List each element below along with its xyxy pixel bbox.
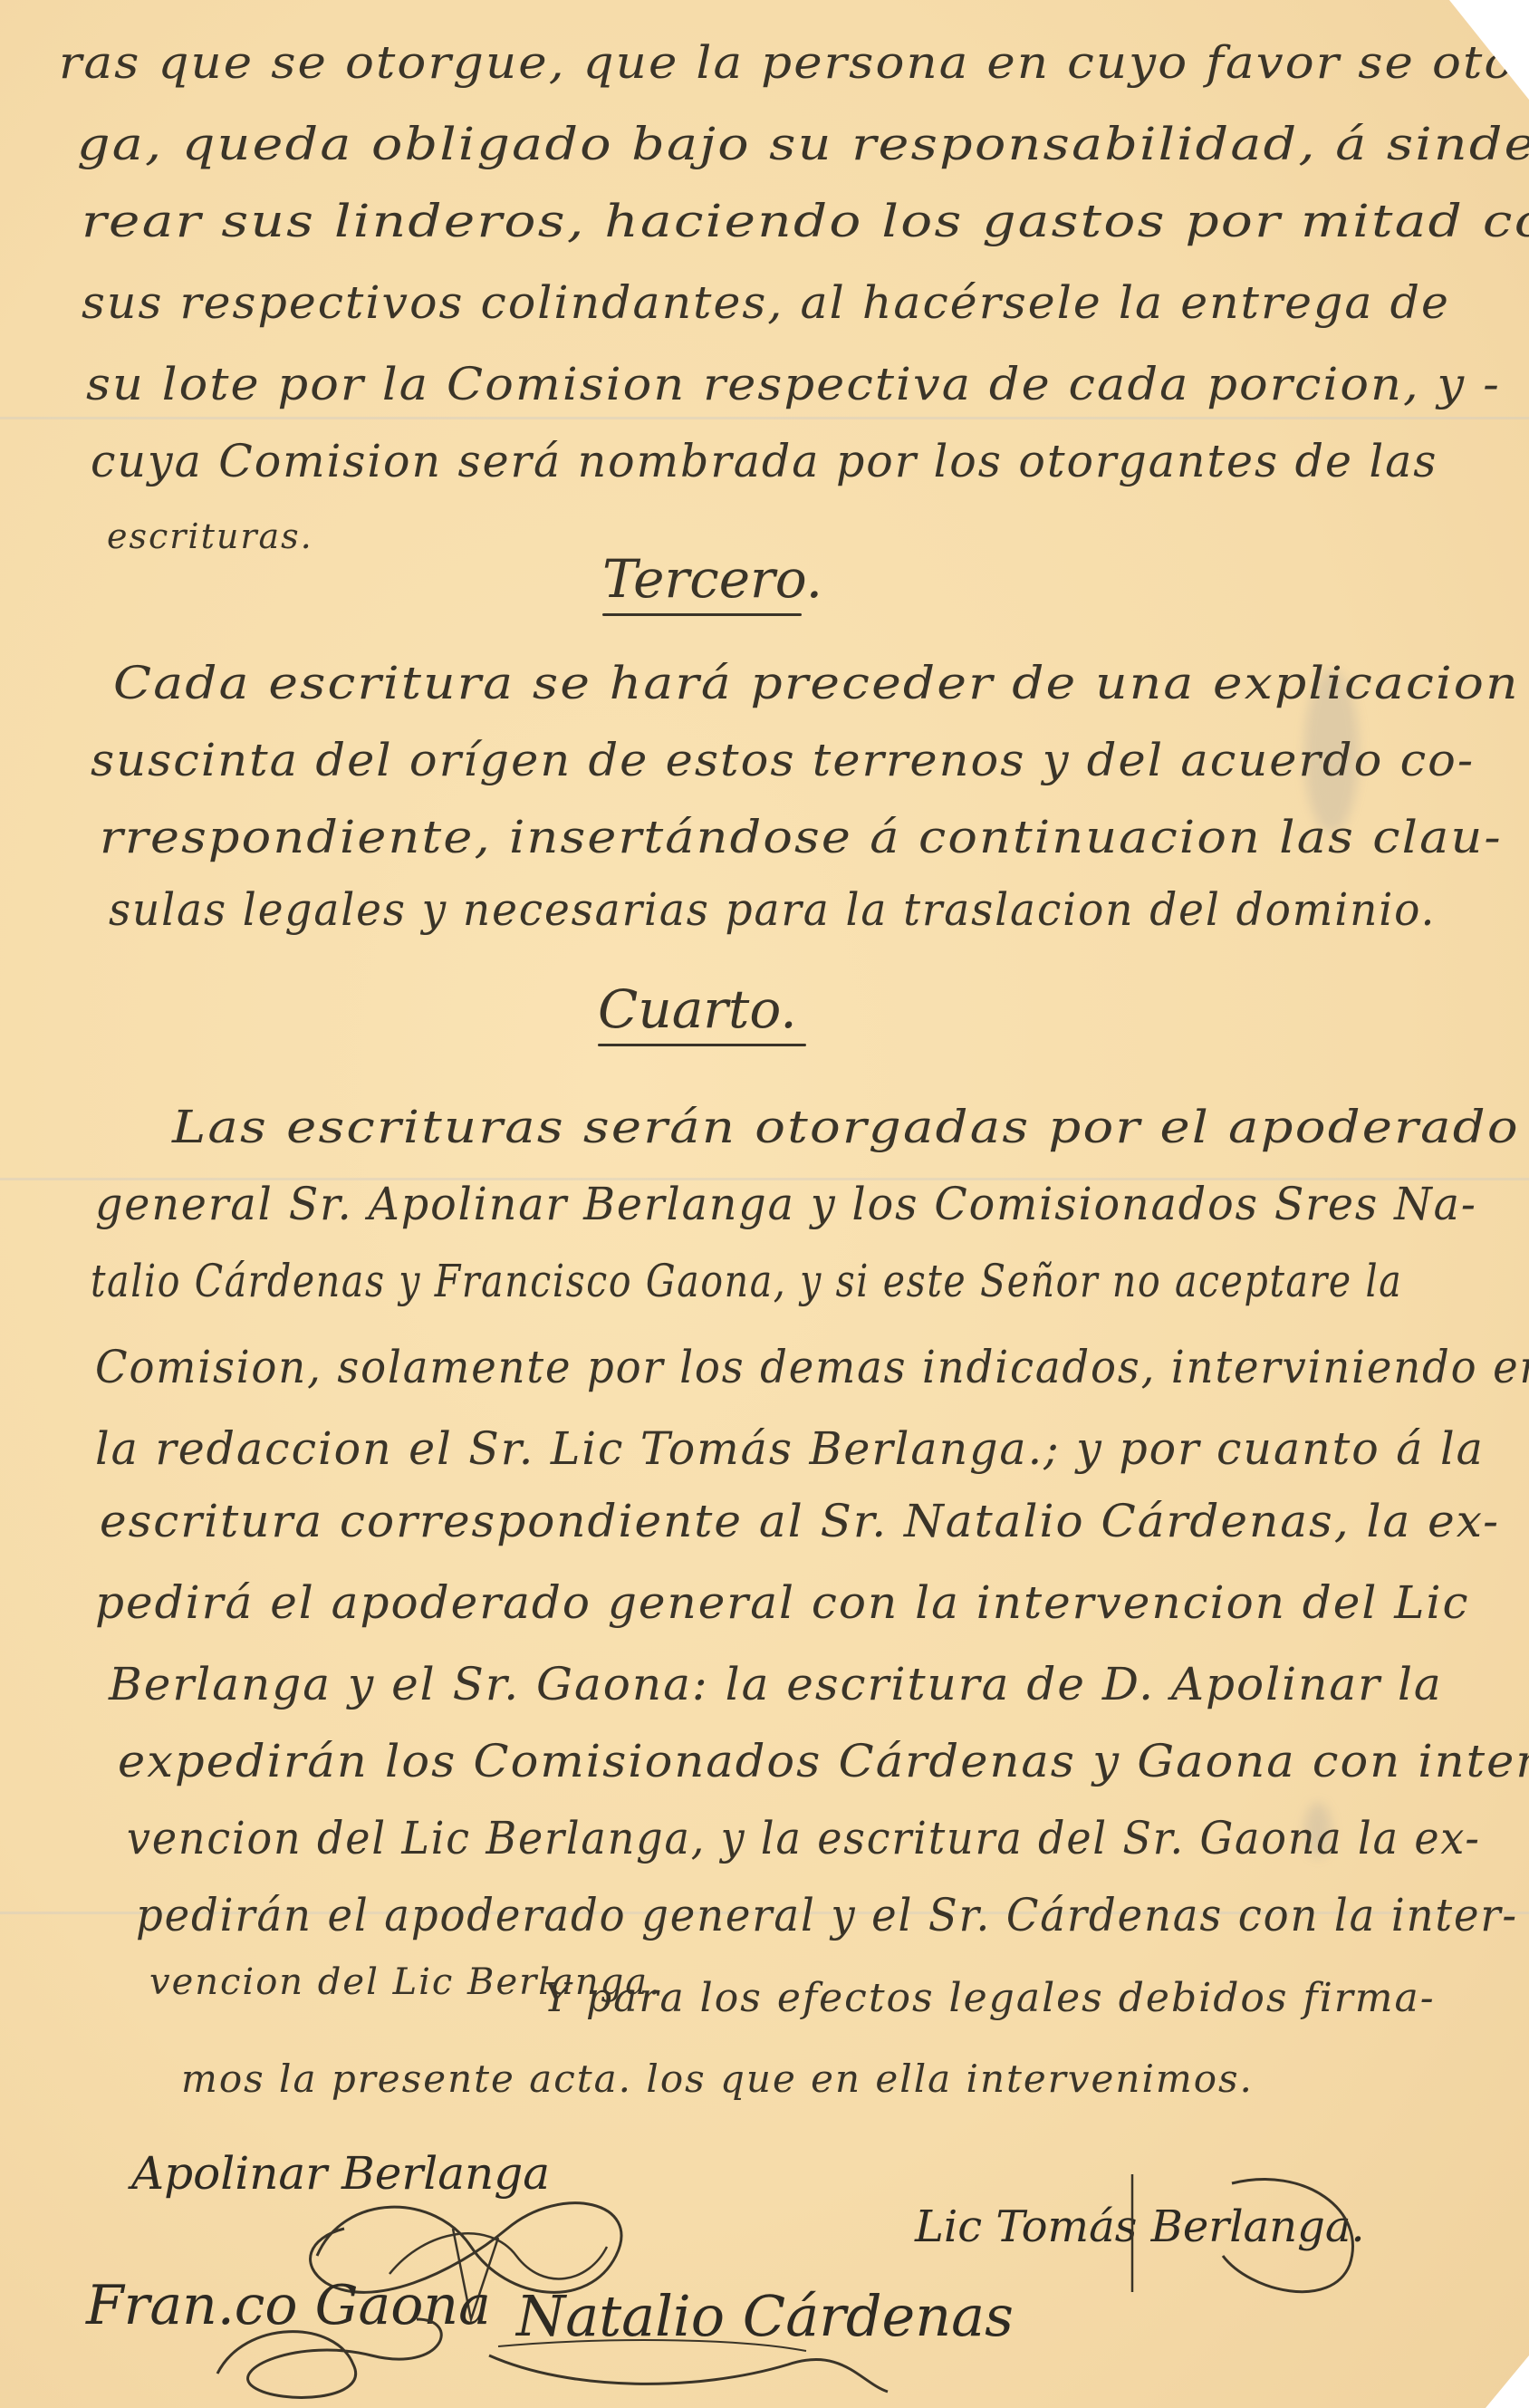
document-page: ras que se otorgue, que la persona en cu… (0, 0, 1529, 2408)
text-line: rrespondiente, insertándose á continuaci… (100, 811, 1503, 863)
text-line: expedirán los Comisionados Cárdenas y Ga… (118, 1735, 1529, 1787)
text-line: talio Cárdenas y Francisco Gaona, y si e… (91, 1255, 1402, 1307)
text-line: cuya Comision será nombrada por los otor… (91, 435, 1438, 487)
text-line: rear sus linderos, haciendo los gastos p… (82, 195, 1529, 247)
text-line: escrituras. (107, 516, 313, 556)
heading-text: Cuarto. (598, 978, 797, 1040)
text-line: Comision, solamente por los demas indica… (95, 1341, 1529, 1393)
paper-fold-line (0, 417, 1529, 419)
text-line: vencion del Lic Berlanga, y la escritura… (127, 1812, 1481, 1864)
text-line: sulas legales y necesarias para la trasl… (109, 883, 1436, 936)
text-line: sus respectivos colindantes, al hacérsel… (82, 276, 1450, 329)
text-line: suscinta del orígen de estos terrenos y … (91, 734, 1475, 786)
heading-text: Tercero. (602, 548, 822, 610)
text-line: pedirá el apoderado general con la inter… (95, 1576, 1469, 1629)
text-line: la redaccion el Sr. Lic Tomás Berlanga.;… (95, 1422, 1485, 1475)
closing-line: Y para los efectos legales debidos firma… (543, 1975, 1436, 2021)
text-line: ga, queda obligado bajo su responsabilid… (77, 118, 1529, 170)
heading-underline (598, 1044, 806, 1046)
closing-line: mos la presente acta. los que en ella in… (181, 2056, 1254, 2101)
text-line: escritura correspondiente al Sr. Natalio… (100, 1495, 1500, 1547)
signature-flourish-lower (190, 2301, 915, 2408)
text-line: general Sr. Apolinar Berlanga y los Comi… (95, 1178, 1477, 1230)
text-line: su lote por la Comision respectiva de ca… (86, 358, 1501, 410)
section-heading-cuarto: Cuarto. (598, 978, 806, 1046)
text-line: Cada escritura se hará preceder de una e… (113, 657, 1520, 709)
text-line: pedirán el apoderado general y el Sr. Cá… (136, 1889, 1518, 1941)
heading-underline (602, 613, 802, 616)
text-line: ras que se otorgue, que la persona en cu… (59, 36, 1529, 89)
text-line: Berlanga y el Sr. Gaona: la escritura de… (109, 1658, 1443, 1710)
section-heading-tercero: Tercero. (602, 548, 822, 616)
text-line: Las escrituras serán otorgadas por el ap… (172, 1101, 1520, 1153)
